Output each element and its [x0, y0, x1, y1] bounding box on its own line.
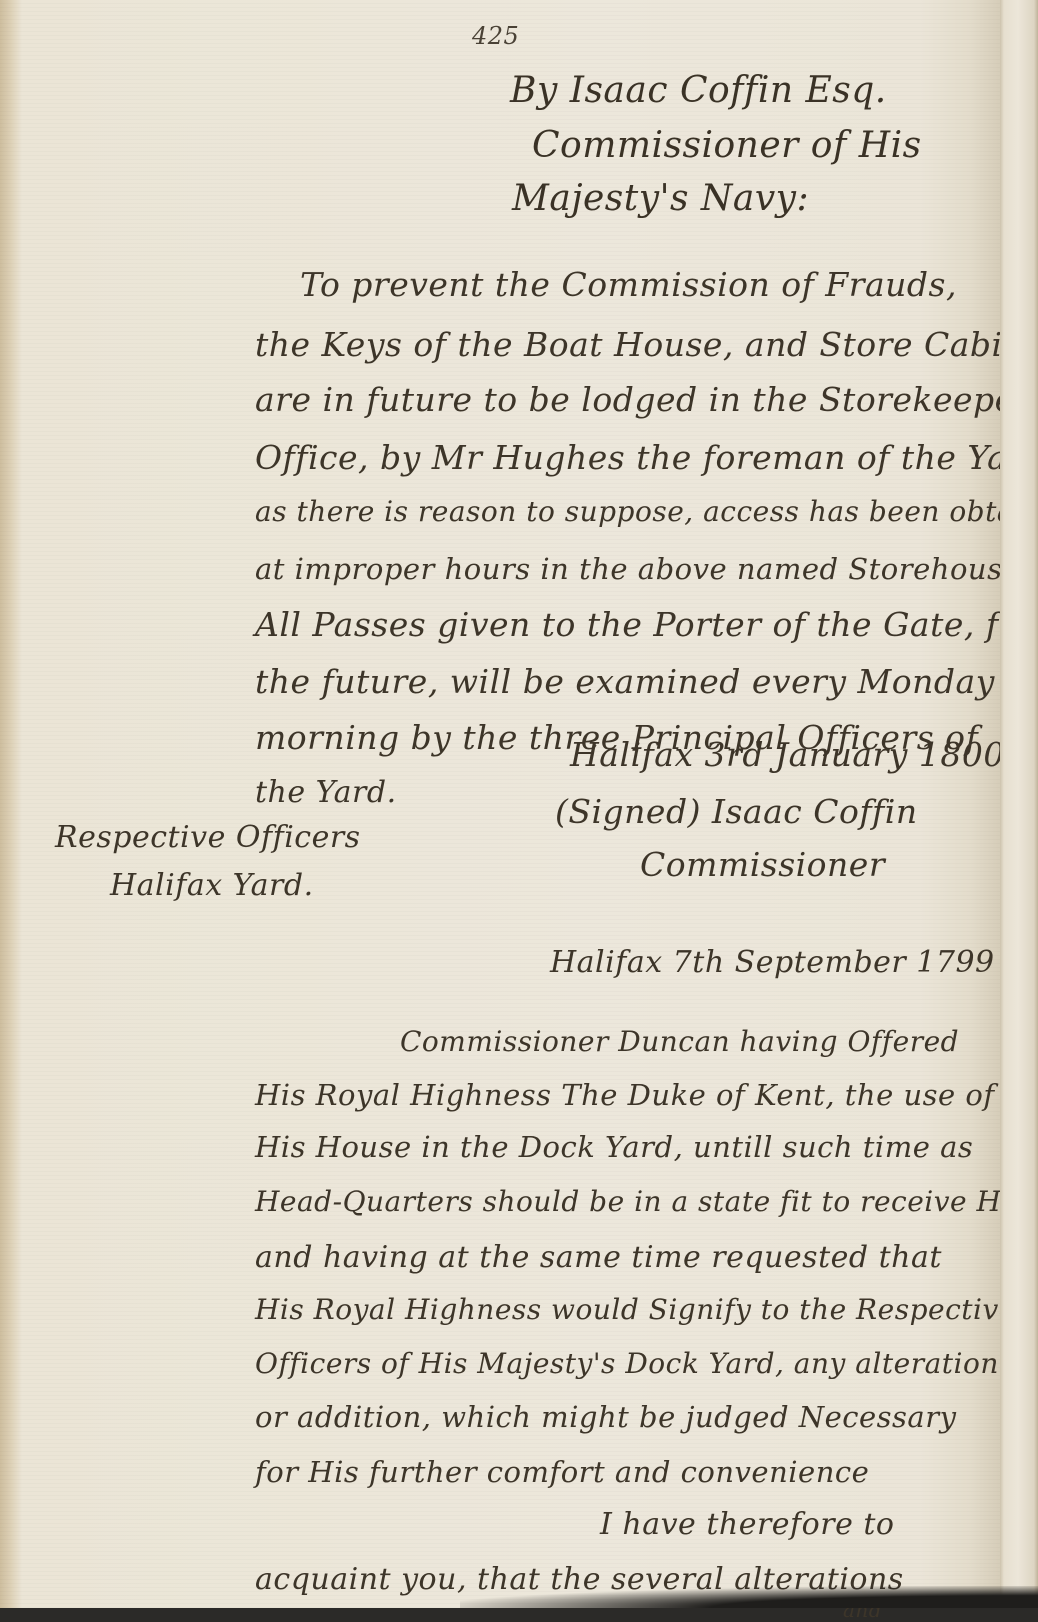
book-bottom-shadow — [460, 1586, 1038, 1608]
order-line: To prevent the Commission of Frauds, — [300, 265, 957, 304]
order-line: the Yard. — [255, 775, 397, 810]
stacked-page-edges — [1000, 0, 1038, 1608]
letter-line: Officers of His Majesty's Dock Yard, any… — [255, 1347, 999, 1380]
letter-date: Halifax 7th September 1799 — [550, 945, 995, 980]
order-line: All Passes given to the Porter of the Ga… — [255, 605, 1035, 644]
page-number: 425 — [472, 22, 519, 50]
order-signature: (Signed) Isaac Coffin — [555, 792, 918, 831]
margin-note-line-2: Halifax Yard. — [110, 868, 314, 903]
order-line: at improper hours in the above named Sto… — [255, 552, 1038, 586]
letter-line: Commissioner Duncan having Offered — [400, 1025, 959, 1058]
letter-line: for His further comfort and convenience — [255, 1455, 869, 1489]
heading-line-3: Majesty's Navy: — [512, 178, 809, 219]
margin-note-line-1: Respective Officers — [55, 820, 361, 855]
order-line: are in future to be lodged in the Storek… — [255, 380, 1038, 419]
heading-line-1: By Isaac Coffin Esq. — [510, 70, 887, 111]
letter-line: I have therefore to — [600, 1507, 894, 1542]
letter-line: Head-Quarters should be in a state fit t… — [255, 1185, 1038, 1218]
letter-line: His Royal Highness would Signify to the … — [255, 1293, 1016, 1326]
letter-line: or addition, which might be judged Neces… — [255, 1400, 956, 1434]
order-line: Office, by Mr Hughes the foreman of the … — [255, 438, 1038, 477]
order-signatory-title: Commissioner — [640, 845, 885, 884]
manuscript-page: 425 By Isaac Coffin Esq. Commissioner of… — [0, 0, 1000, 1608]
order-place-date: Halifax 3rd January 1800 — [570, 735, 1005, 774]
letter-line: His House in the Dock Yard, untill such … — [255, 1130, 973, 1164]
order-line: the future, will be examined every Monda… — [255, 662, 995, 701]
heading-line-2: Commissioner of His — [532, 125, 922, 166]
letter-line: His Royal Highness The Duke of Kent, the… — [255, 1078, 995, 1112]
order-line: the Keys of the Boat House, and Store Ca… — [255, 325, 1035, 364]
letter-line: and having at the same time requested th… — [255, 1240, 942, 1275]
order-line: as there is reason to suppose, access ha… — [255, 495, 1038, 528]
